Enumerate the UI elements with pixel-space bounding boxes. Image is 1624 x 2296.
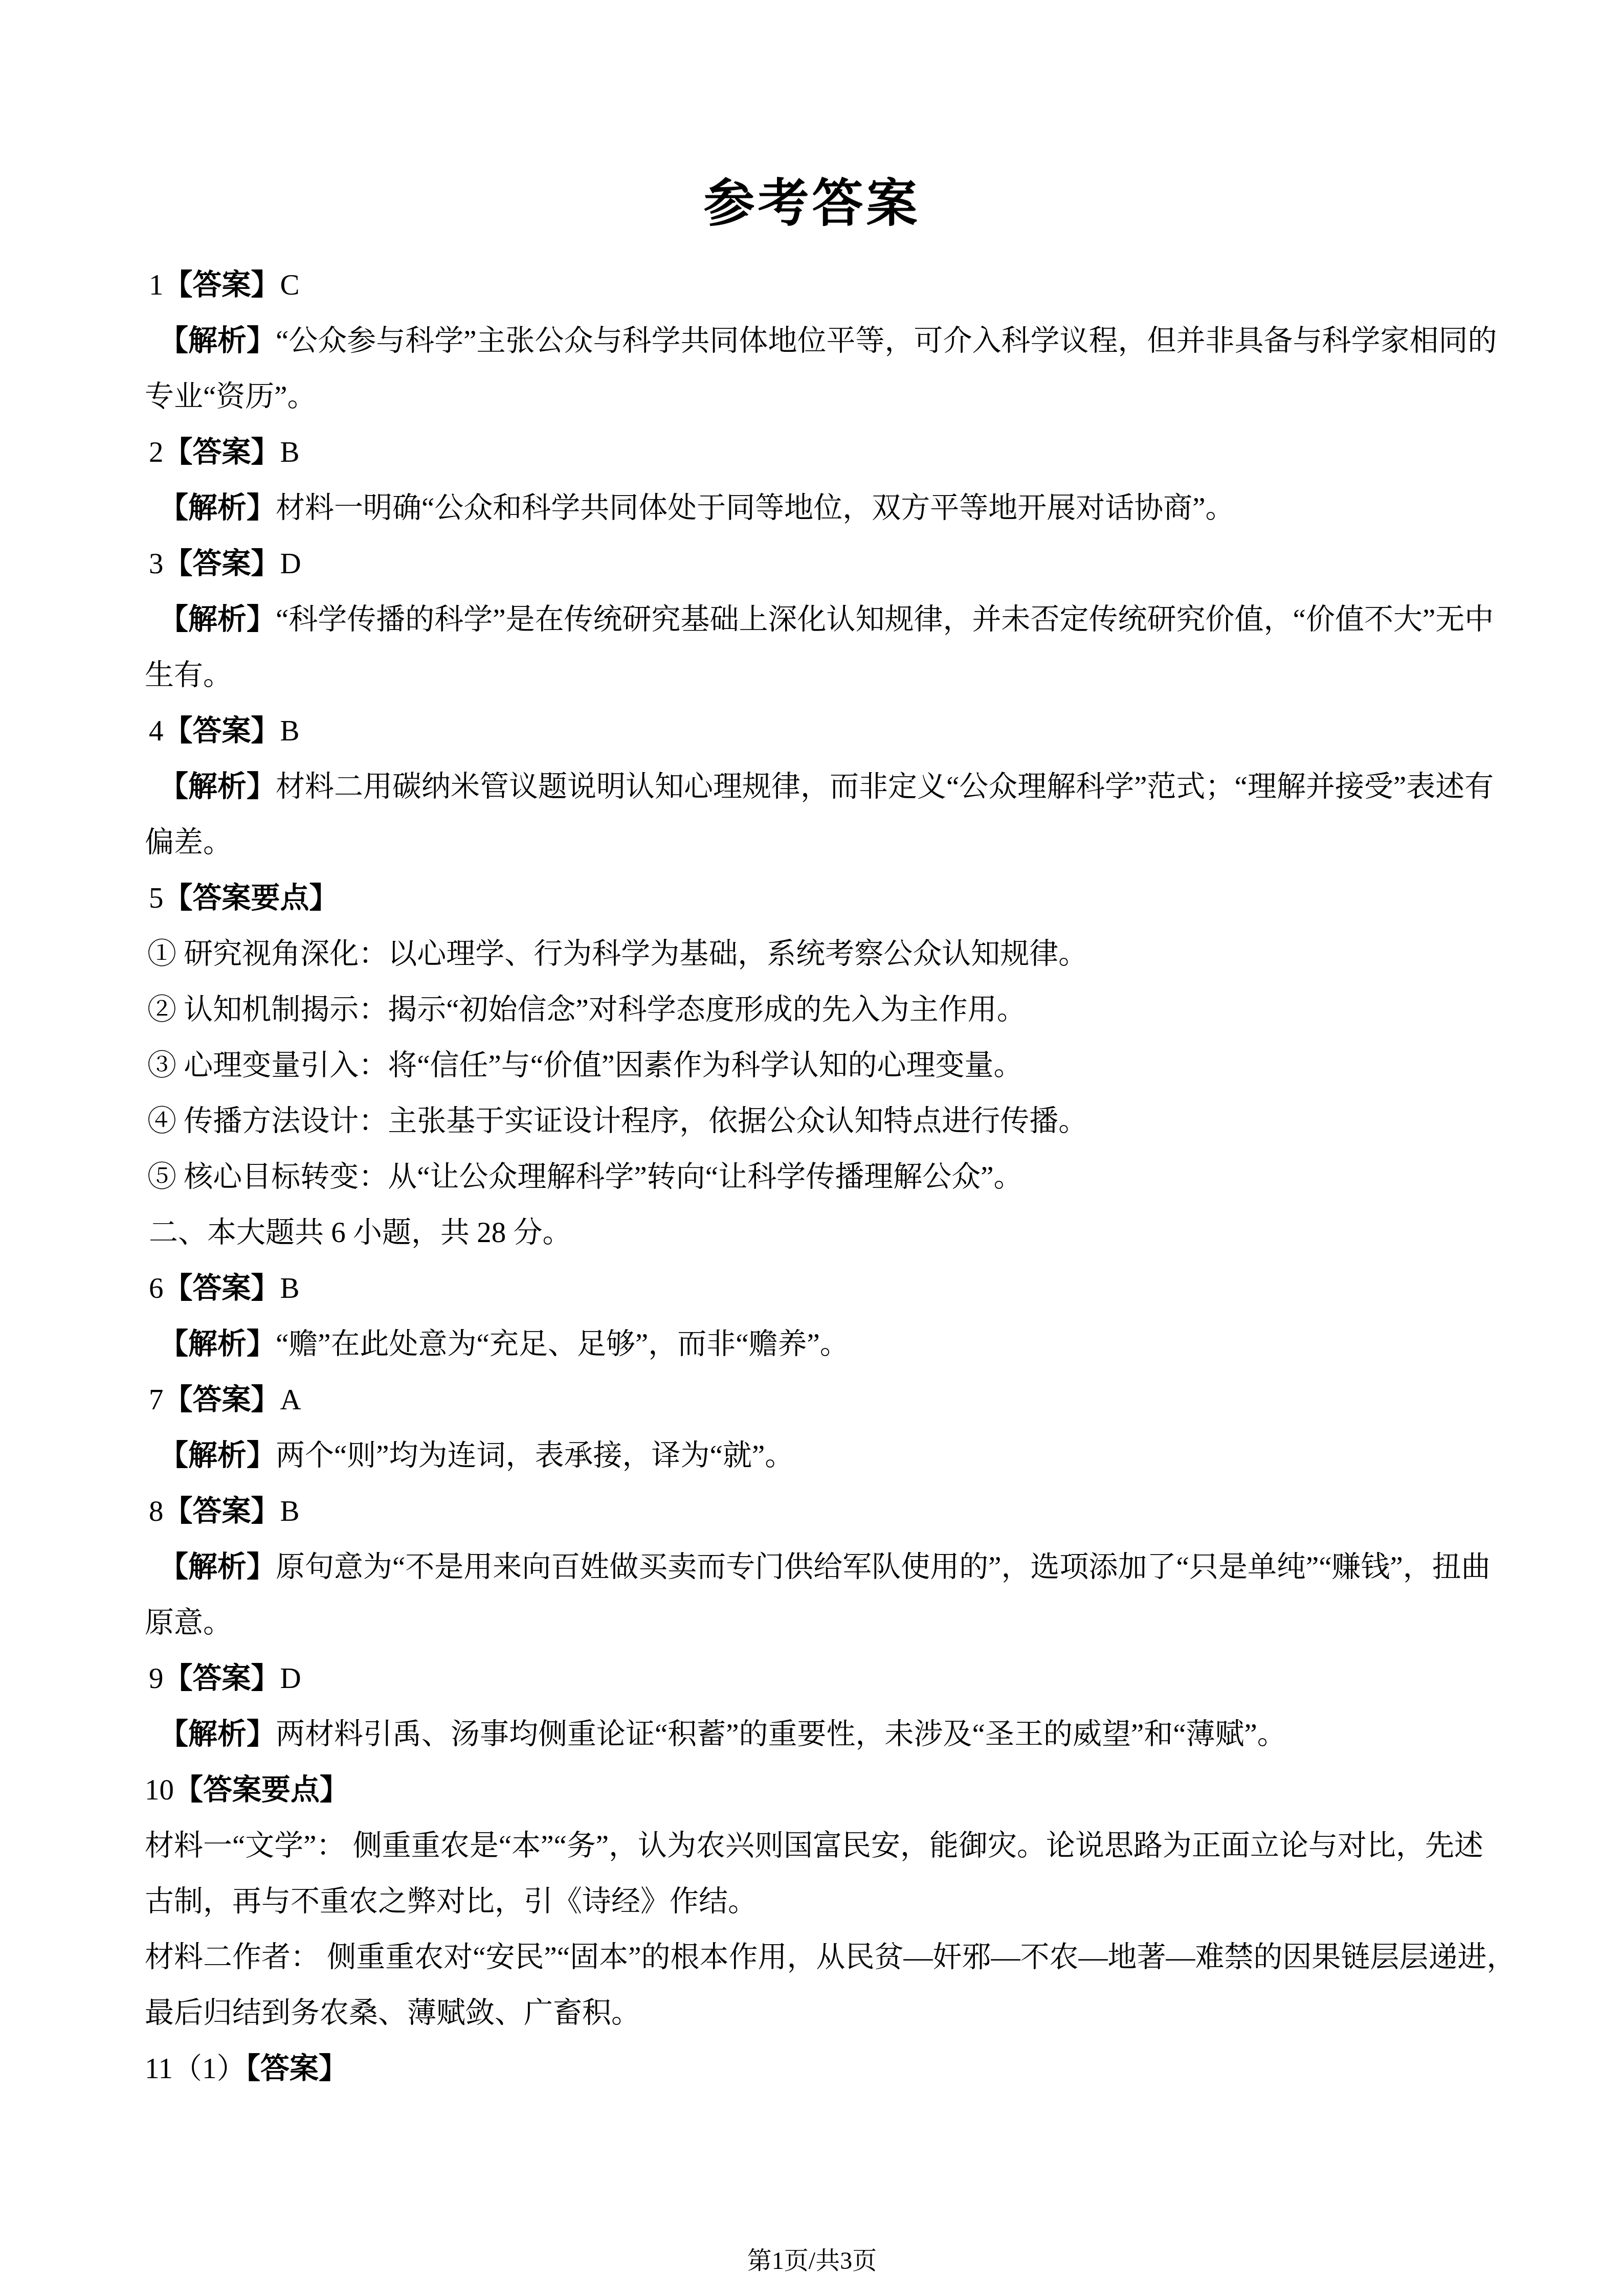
text-segment: 7	[149, 1384, 164, 1416]
text-line: 10【答案要点】	[145, 1762, 1495, 1818]
text-line: 材料一“文学”： 侧重重农是“本”“务”，认为农兴则国富民安，能御灾。论说思路为…	[145, 1818, 1495, 1874]
text-segment: 二、本大题共 6 小题，共 28 分。	[149, 1217, 572, 1249]
text-line: 【解析】两材料引禹、汤事均侧重论证“积蓄”的重要性，未涉及“圣王的威望”和“薄赋…	[145, 1706, 1495, 1762]
label-segment: 【答案要点】	[174, 1774, 349, 1806]
text-segment: 4	[149, 715, 164, 747]
text-segment: “科学传播的科学”是在传统研究基础上深化认知规律，并未否定传统研究价值，“价值不…	[276, 603, 1494, 636]
text-line: 3【答案】D	[145, 536, 1495, 592]
label-segment: 【解析】	[159, 1439, 276, 1472]
text-segment: C	[280, 269, 300, 301]
text-segment: D	[280, 548, 301, 580]
text-segment: 10	[145, 1774, 174, 1806]
text-segment: 原意。	[145, 1607, 232, 1639]
label-segment: 【答案】	[164, 1272, 280, 1304]
text-line: 2【答案】B	[145, 424, 1495, 480]
text-segment: B	[280, 715, 300, 747]
text-segment: 材料二用碳纳米管议题说明认知心理规律，而非定义“公众理解科学”范式；“理解并接受…	[276, 771, 1494, 803]
text-segment: A	[280, 1384, 301, 1416]
text-segment: 5	[149, 882, 164, 914]
text-line: ③ 心理变量引入：将“信任”与“价值”因素作为科学认知的心理变量。	[145, 1038, 1495, 1093]
text-segment: 两材料引禹、汤事均侧重论证“积蓄”的重要性，未涉及“圣王的威望”和“薄赋”。	[276, 1718, 1286, 1750]
text-line: 4【答案】B	[145, 703, 1495, 759]
page-title: 参考答案	[0, 173, 1624, 234]
text-segment: 偏差。	[145, 826, 232, 859]
text-segment: 原句意为“不是用来向百姓做买卖而专门供给军队使用的”，选项添加了“只是单纯”“赚…	[276, 1551, 1490, 1583]
label-segment: 【答案】	[164, 548, 280, 580]
text-line: ① 研究视角深化：以心理学、行为科学为基础，系统考察公众认知规律。	[145, 926, 1495, 982]
label-segment: 【答案】	[164, 715, 280, 747]
text-line: 【解析】“科学传播的科学”是在传统研究基础上深化认知规律，并未否定传统研究价值，…	[145, 592, 1495, 647]
text-line: ② 认知机制揭示：揭示“初始信念”对科学态度形成的先入为主作用。	[145, 982, 1495, 1038]
text-line: 专业“资历”。	[145, 369, 1495, 424]
label-segment: 【解析】	[159, 603, 276, 636]
text-line: 【解析】“赡”在此处意为“充足、足够”，而非“赡养”。	[145, 1316, 1495, 1372]
text-segment: 最后归结到务农桑、薄赋敛、广畜积。	[145, 1997, 640, 2029]
text-line: 【解析】“公众参与科学”主张公众与科学共同体地位平等，可介入科学议程，但并非具备…	[145, 313, 1495, 369]
text-line: 8【答案】B	[145, 1483, 1495, 1539]
label-segment: 【答案】	[164, 436, 280, 468]
text-line: ④ 传播方法设计：主张基于实证设计程序，依据公众认知特点进行传播。	[145, 1093, 1495, 1149]
label-segment: 【解析】	[159, 771, 276, 803]
label-segment: 【解析】	[159, 1551, 276, 1583]
text-line: 11（1）【答案】	[145, 2041, 1495, 2097]
text-segment: “公众参与科学”主张公众与科学共同体地位平等，可介入科学议程，但并非具备与科学家…	[276, 325, 1497, 357]
label-segment: 【答案】	[246, 2053, 348, 2085]
text-segment: 生有。	[145, 659, 232, 691]
text-line: 生有。	[145, 647, 1495, 703]
label-segment: 【解析】	[159, 492, 276, 524]
text-segment: 材料二作者： 侧重重农对“安民”“固本”的根本作用，从民贫—奸邪—不农—地著—难…	[145, 1941, 1516, 1973]
label-segment: 【解析】	[159, 1718, 276, 1750]
text-line: 5【答案要点】	[145, 870, 1495, 926]
text-segment: 材料一明确“公众和科学共同体处于同等地位，双方平等地开展对话协商”。	[276, 492, 1235, 524]
text-line: 【解析】两个“则”均为连词，表承接，译为“就”。	[145, 1428, 1495, 1483]
text-line: 偏差。	[145, 815, 1495, 870]
text-segment: B	[280, 1272, 300, 1304]
text-line: 6【答案】B	[145, 1260, 1495, 1316]
text-line: 材料二作者： 侧重重农对“安民”“固本”的根本作用，从民贫—奸邪—不农—地著—难…	[145, 1929, 1495, 1985]
text-segment: 专业“资历”。	[145, 380, 317, 413]
text-segment: ④ 传播方法设计：主张基于实证设计程序，依据公众认知特点进行传播。	[147, 1105, 1087, 1137]
text-line: 9【答案】D	[145, 1651, 1495, 1706]
text-segment: 3	[149, 548, 164, 580]
text-line: 【解析】材料二用碳纳米管议题说明认知心理规律，而非定义“公众理解科学”范式；“理…	[145, 759, 1495, 815]
text-segment: ① 研究视角深化：以心理学、行为科学为基础，系统考察公众认知规律。	[147, 938, 1087, 970]
text-segment: 1	[149, 269, 164, 301]
text-segment: B	[280, 1495, 300, 1527]
text-segment: ⑤ 核心目标转变：从“让公众理解科学”转向“让科学传播理解公众”。	[147, 1161, 1022, 1193]
text-segment: 材料一“文学”： 侧重重农是“本”“务”，认为农兴则国富民安，能御灾。论说思路为…	[145, 1830, 1483, 1862]
label-segment: 【答案】	[164, 1495, 280, 1527]
text-line: 1【答案】C	[145, 257, 1495, 313]
text-segment: 9	[149, 1662, 164, 1695]
text-line: 7【答案】A	[145, 1372, 1495, 1428]
text-segment: D	[280, 1662, 301, 1695]
text-line: 【解析】材料一明确“公众和科学共同体处于同等地位，双方平等地开展对话协商”。	[145, 480, 1495, 536]
text-line: 最后归结到务农桑、薄赋敛、广畜积。	[145, 1985, 1495, 2041]
text-segment: B	[280, 436, 300, 468]
text-segment: ② 认知机制揭示：揭示“初始信念”对科学态度形成的先入为主作用。	[147, 994, 1026, 1026]
label-segment: 【答案】	[164, 1662, 280, 1695]
text-segment: 古制，再与不重农之弊对比，引《诗经》作结。	[145, 1885, 757, 1918]
label-segment: 【解析】	[159, 325, 276, 357]
text-segment: “赡”在此处意为“充足、足够”，而非“赡养”。	[276, 1328, 849, 1360]
label-segment: 【答案】	[164, 1384, 280, 1416]
text-line: 二、本大题共 6 小题，共 28 分。	[145, 1205, 1495, 1260]
text-line: 原意。	[145, 1595, 1495, 1651]
document-page: 参考答案 1【答案】C【解析】“公众参与科学”主张公众与科学共同体地位平等，可介…	[0, 0, 1624, 2296]
text-segment: 两个“则”均为连词，表承接，译为“就”。	[276, 1439, 794, 1472]
answer-key-content: 1【答案】C【解析】“公众参与科学”主张公众与科学共同体地位平等，可介入科学议程…	[145, 257, 1495, 2097]
text-segment: 8	[149, 1495, 164, 1527]
label-segment: 【答案要点】	[164, 882, 339, 914]
text-line: ⑤ 核心目标转变：从“让公众理解科学”转向“让科学传播理解公众”。	[145, 1149, 1495, 1205]
text-segment: 6	[149, 1272, 164, 1304]
text-segment: 2	[149, 436, 164, 468]
page-footer: 第1页/共3页	[0, 2246, 1624, 2277]
label-segment: 【答案】	[164, 269, 280, 301]
text-line: 【解析】原句意为“不是用来向百姓做买卖而专门供给军队使用的”，选项添加了“只是单…	[145, 1539, 1495, 1595]
text-line: 古制，再与不重农之弊对比，引《诗经》作结。	[145, 1874, 1495, 1929]
text-segment: ③ 心理变量引入：将“信任”与“价值”因素作为科学认知的心理变量。	[147, 1049, 1022, 1082]
label-segment: 【解析】	[159, 1328, 276, 1360]
text-segment: 11（1）	[145, 2053, 246, 2085]
